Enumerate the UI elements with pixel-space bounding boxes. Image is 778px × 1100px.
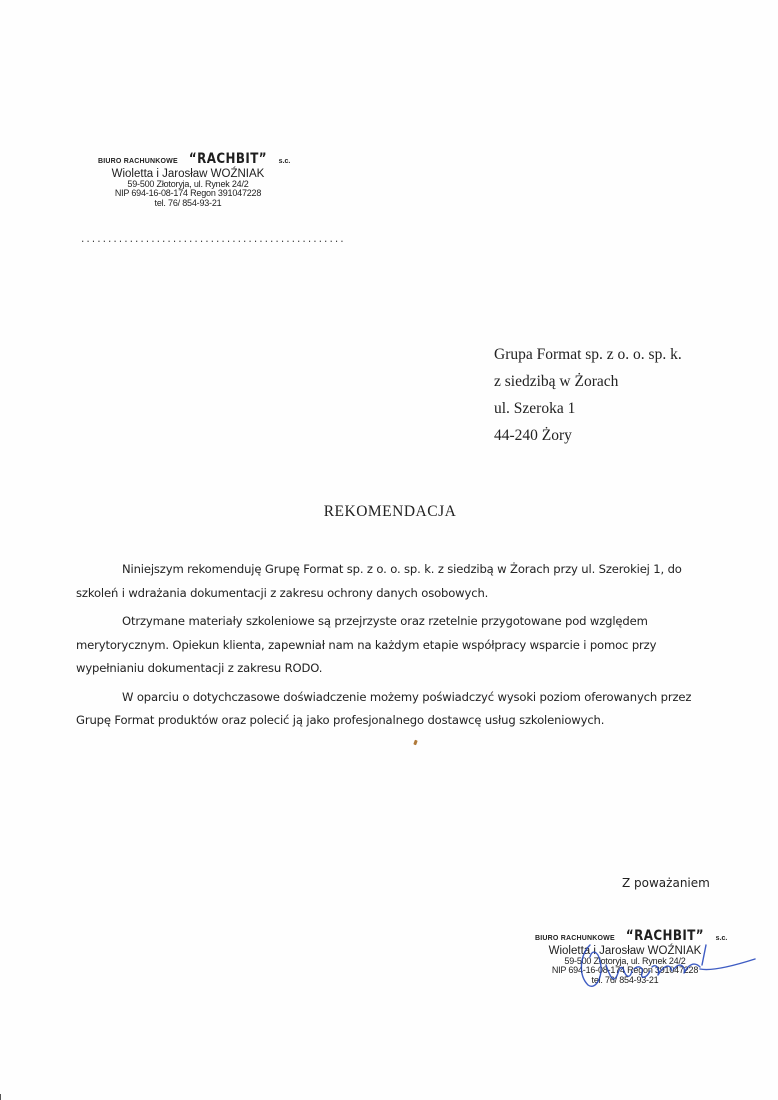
company-stamp-signature: BIURO RACHUNKOWE “RACHBIT” s.c. Wioletta…: [535, 928, 715, 985]
stamp-suffix: s.c.: [279, 158, 291, 165]
paragraph: Otrzymane materiały szkoleniowe są przej…: [76, 610, 706, 681]
stamp-phone: tel. 76/ 854-93-21: [535, 976, 715, 985]
stamp-prefix: BIURO RACHUNKOWE: [535, 935, 615, 942]
paragraph: Niniejszym rekomenduję Grupę Format sp. …: [76, 558, 706, 605]
document-title: REKOMENDACJA: [0, 503, 778, 521]
stamp-brand: “RACHBIT”: [626, 929, 704, 944]
dotted-signature-line: ........................................…: [80, 235, 345, 245]
recipient-name: Grupa Format sp. z o. o. sp. k.: [494, 341, 682, 368]
closing-salutation: Z poważaniem: [622, 876, 710, 890]
company-stamp-header: BIURO RACHUNKOWE “RACHBIT” s.c. Wioletta…: [98, 151, 278, 208]
scan-edge-mark: [0, 1094, 1, 1100]
recipient-street: ul. Szeroka 1: [494, 395, 682, 422]
document-page: BIURO RACHUNKOWE “RACHBIT” s.c. Wioletta…: [0, 0, 778, 1100]
stamp-brand: “RACHBIT”: [189, 152, 267, 167]
scan-speck: [413, 740, 418, 746]
stamp-prefix: BIURO RACHUNKOWE: [98, 158, 178, 165]
document-title-text: REKOMENDACJA: [324, 503, 457, 520]
recipient-city: 44-240 Żory: [494, 422, 682, 449]
stamp-suffix: s.c.: [716, 935, 728, 942]
recipient-seat: z siedzibą w Żorach: [494, 368, 682, 395]
stamp-phone: tel. 76/ 854-93-21: [98, 199, 278, 208]
recipient-address: Grupa Format sp. z o. o. sp. k. z siedzi…: [494, 341, 682, 449]
letter-body: Niniejszym rekomenduję Grupę Format sp. …: [76, 558, 706, 738]
paragraph: W oparciu o dotychczasowe doświadczenie …: [76, 686, 706, 733]
